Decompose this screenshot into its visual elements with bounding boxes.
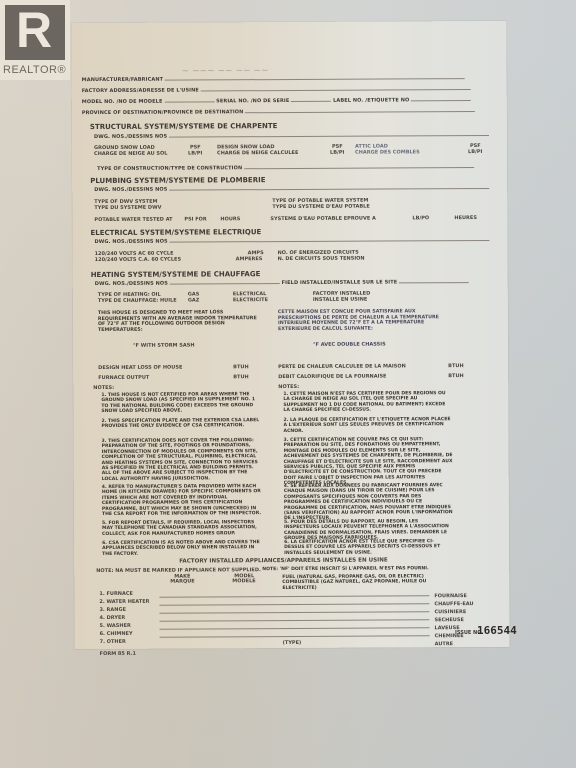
appliance-chimney: 6. CHIMNEY: [100, 631, 133, 637]
volts-label-fr: 120/240 VOLTS C.A. 60 CYCLES: [95, 257, 181, 263]
installe-usine-label: INSTALLE EN USINE: [313, 297, 368, 303]
heating-dwg-row: DWG. NOS./DESSINS NOS FIELD INSTALLED/IN…: [95, 279, 498, 287]
manufacturer-row: MANUFACTURER/FABRICANT: [82, 75, 497, 83]
province-row: PROVINCE OF DESTINATION/PROVINCE DE DEST…: [82, 108, 497, 116]
electricite-label: ELECTRICITE: [233, 297, 268, 303]
note-fr-3: 3. CETTE CERTIFICATION NE COUVRE PAS CE …: [284, 437, 454, 487]
btuh-unit: BTUH: [233, 374, 248, 380]
btuh-unit: BTUH: [448, 373, 463, 379]
notes-label-fr: NOTES:: [278, 384, 299, 390]
potable-label-fr: TYPE DU SYSTEME D'EAU POTABLE: [272, 204, 369, 211]
furnace-output-label: FURNACE OUTPUT: [98, 375, 149, 381]
heures-label: HEURES: [454, 215, 477, 221]
handwriting-manufacturer: ~ ~~~ ~~ ~~ ~~: [182, 66, 269, 76]
btuh-unit: BTUH: [233, 364, 248, 370]
appliance-autre: AUTRE: [435, 641, 453, 647]
form-number: FORM 85 R.1: [100, 651, 136, 657]
btuh-unit: BTUH: [448, 363, 463, 369]
psi-for-label: PSI FOR: [184, 216, 206, 222]
heat-loss-label-fr: PERTE DE CHALEUR CALCULEE DE LA MAISON: [278, 363, 406, 370]
appliance-dryer: 4. DRYER: [99, 615, 125, 621]
lbpi-unit: LB/PI: [188, 150, 202, 156]
electrical-title: ELECTRICAL SYSTEM/SYSTEME ELECTRIQUE: [90, 228, 261, 237]
note-en-6: 6. CSA CERTIFICATION IS AS NOTED ABOVE A…: [102, 540, 262, 557]
electrical-dwg-row: DWG. NOS./DESSINS NOS: [94, 237, 497, 245]
note-en-3: 3. THIS CERTIFICATION DOES NOT COVER THE…: [102, 438, 262, 482]
structural-title: STRUCTURAL SYSTEM/SYSTEME DE CHARPENTE: [90, 122, 278, 131]
circuits-label-fr: N. DE CIRCUITS SOUS TENSION: [278, 256, 365, 262]
tested-label-fr: SYSTEME D'EAU POTABLE EPROUVE A: [270, 216, 376, 223]
appliance-secheuse: SECHEUSE: [434, 617, 463, 623]
tested-label: POTABLE WATER TESTED AT: [94, 217, 172, 223]
note-fr-6: 6. LA CERTIFICATION ACNOR EST TELLE QUE …: [284, 539, 454, 556]
appliance-range: 3. RANGE: [99, 607, 126, 613]
amperes-label: AMPERES: [236, 256, 263, 262]
storm-sash-label: °F WITH STORM SASH: [133, 343, 194, 349]
dwv-label-fr: TYPE DU SYSTEME DWV: [94, 205, 161, 211]
plumbing-title: PLUMBING SYSTEM/SYSTEME DE PLOMBERIE: [90, 176, 265, 185]
ground-snow-label-fr: CHARGE DE NEIGE AU SOL: [94, 151, 167, 157]
note-en-2: 2. THIS SPECIFICATION PLATE AND THE EXTE…: [101, 418, 261, 430]
note-fr-4: 4. SE REFERER AUX DONNEES DU FABRICANT F…: [284, 483, 454, 522]
appliances-title: FACTORY INSTALLED APPLIANCES/APPAREILS I…: [179, 557, 388, 564]
attic-load-label-fr: CHARGE DES COMBLES: [355, 149, 420, 155]
lbpi-unit: LB/PI: [330, 150, 344, 156]
gaz-label: GAZ: [188, 297, 200, 303]
design-temp-text: THIS HOUSE IS DESIGNED TO MEET HEAT LOSS…: [98, 310, 258, 333]
appliance-washer: 5. WASHER: [100, 623, 131, 629]
heat-loss-label: DESIGN HEAT LOSS OF HOUSE: [98, 365, 182, 371]
type-label: (TYPE): [283, 640, 302, 646]
furnace-output-label-fr: DEBIT CALORIFIQUE DE LA FOURNAISE: [278, 373, 386, 380]
appliance-fournaise: FOURNAISE: [434, 593, 467, 599]
marque-header: MARQUE: [170, 579, 194, 585]
note-fr-2: 2. LA PLAQUE DE CERTIFICATION ET L'ETIQU…: [283, 417, 453, 434]
appliance-furnace: 1. FURNACE: [99, 591, 133, 597]
appliance-other: 7. OTHER: [100, 639, 126, 645]
csa-specification-plate: MANUFACTURER/FABRICANT ~ ~~~ ~~ ~~ ~~ FA…: [71, 21, 509, 649]
realtor-wordmark: REALTOR®: [3, 64, 69, 76]
realtor-watermark: R REALTOR®: [0, 0, 70, 80]
fuel-header: FUEL (NATURAL GAS, PROPANE GAS, OIL OR E…: [282, 574, 442, 591]
lbpi-unit: LB/PI: [468, 149, 482, 155]
modele-header: MODELE: [232, 578, 255, 584]
double-chassis-label: °F AVEC DOUBLE CHASSIS: [313, 342, 386, 348]
appliance-cuisiniere: CUISINIERE: [434, 609, 466, 615]
design-snow-label-fr: CHARGE DE NEIGE CALCULEE: [217, 150, 298, 156]
note-en-1: 1. THIS HOUSE IS NOT CERTIFIED FOR AREAS…: [101, 392, 261, 414]
issue-number: 166544: [477, 624, 517, 637]
appliance-chauffe-eau: CHAUFFE-EAU: [434, 601, 473, 607]
factory-address-row: FACTORY ADDRESS/ADRESSE DE L'USINE: [82, 86, 497, 94]
note-en-4: 4. REFER TO MANUFACTURER'S DATA PROVIDED…: [102, 484, 262, 517]
structural-dwg-row: DWG. NOS./DESSINS NOS: [94, 132, 497, 140]
notes-label: NOTES:: [93, 385, 114, 391]
design-temp-text-fr: CETTE MAISON EST CONCUE POUR SATISFAIRE …: [278, 309, 448, 332]
heating-type-label-fr: TYPE DE CHAUFFAGE: HUILE: [98, 298, 177, 304]
plumbing-dwg-row: DWG. NOS./DESSINS NOS: [94, 185, 497, 193]
heating-title: HEATING SYSTEM/SYSTEME DE CHAUFFAGE: [91, 270, 261, 279]
appliances-note-fr: NOTE: 'NF' DOIT ETRE INSCRIT SI L'APPARE…: [262, 566, 452, 572]
note-fr-1: 1. CETTE MAISON N'EST PAS CERTIFIEE POUR…: [283, 391, 453, 414]
construction-row: TYPE OF CONSTRUCTION/TYPE DE CONSTRUCTIO…: [97, 164, 497, 172]
realtor-logo-letter: R: [12, 8, 56, 52]
hours-label: HOURS: [220, 216, 240, 222]
appliance-water-heater: 2. WATER HEATER: [99, 599, 149, 605]
lbpo-label: LB/PO: [412, 215, 429, 221]
model-serial-row: MODEL NO. /NO DE MODELE SERIAL NO. /NO D…: [82, 97, 497, 105]
note-en-5: 5. FOR REPORT DETAILS, IF REQUIRED, LOCA…: [102, 520, 262, 537]
